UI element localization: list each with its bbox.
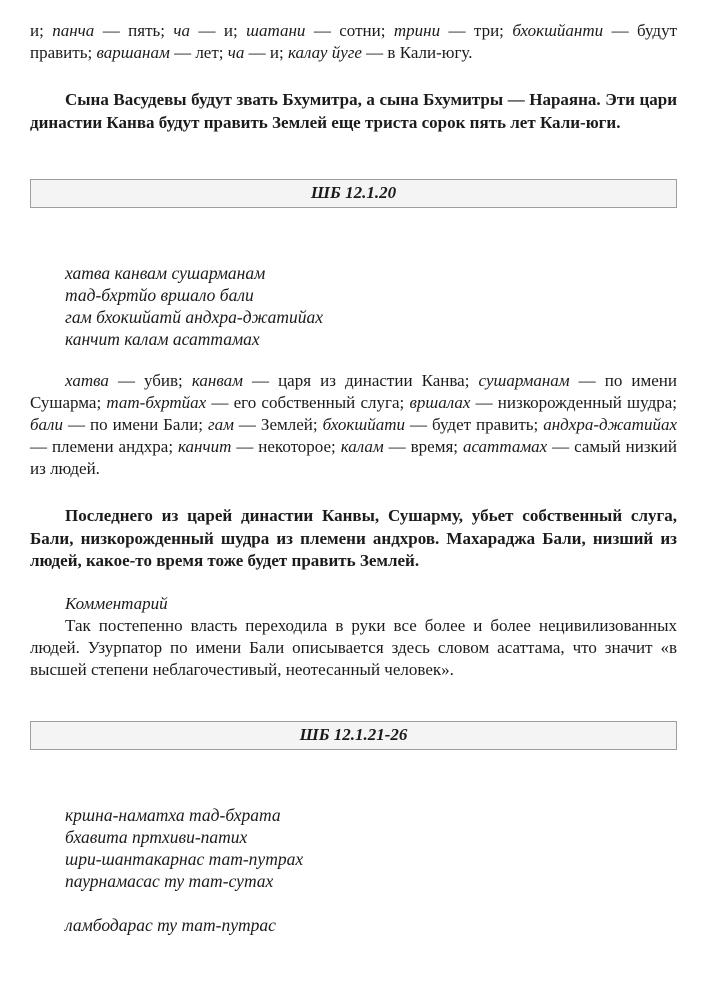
verse-header-box: ШБ 12.1.21-26 xyxy=(30,721,677,750)
commentary-paragraph: Так постепенно власть переходила в руки … xyxy=(30,615,677,681)
verse-header-box: ШБ 12.1.20 xyxy=(30,179,677,208)
verse-line: паурнамасас ту тат-сутах xyxy=(65,870,677,892)
verse-line: хатва канвам сушарманам xyxy=(65,262,677,284)
word-for-word-continuation-paragraph: и; панча — пять; ча — и; шатани — сотни;… xyxy=(30,20,677,64)
verse-line: тад-бхртйо вршало бали xyxy=(65,284,677,306)
commentary-heading: Комментарий xyxy=(30,593,677,615)
sanskrit-verse: хатва канвам сушарманам тад-бхртйо вршал… xyxy=(30,262,677,350)
translation-paragraph: Последнего из царей династии Канвы, Суша… xyxy=(30,505,677,573)
verse-header-label: ШБ 12.1.20 xyxy=(311,183,396,202)
translation-paragraph: Сына Васудевы будут звать Бхумитра, а сы… xyxy=(30,89,677,134)
word-for-word-paragraph: хатва — убив; канвам — царя из династии … xyxy=(30,370,677,480)
verse-line: гам бхокшйатй андхра-джатийах xyxy=(65,306,677,328)
verse-line: ламбодарас ту тат-путрас xyxy=(65,914,677,936)
verse-line: кршна-наматха тад-бхрата xyxy=(65,804,677,826)
book-page: и; панча — пять; ча — и; шатани — сотни;… xyxy=(0,0,707,1000)
verse-line: канчит калам асаттамах xyxy=(65,328,677,350)
verse-line: бхавита пртхиви-патих xyxy=(65,826,677,848)
verse-line: шри-шантакарнас тат-путрах xyxy=(65,848,677,870)
verse-header-label: ШБ 12.1.21-26 xyxy=(300,725,408,744)
sanskrit-verse: кршна-наматха тад-бхрата бхавита пртхиви… xyxy=(30,804,677,936)
